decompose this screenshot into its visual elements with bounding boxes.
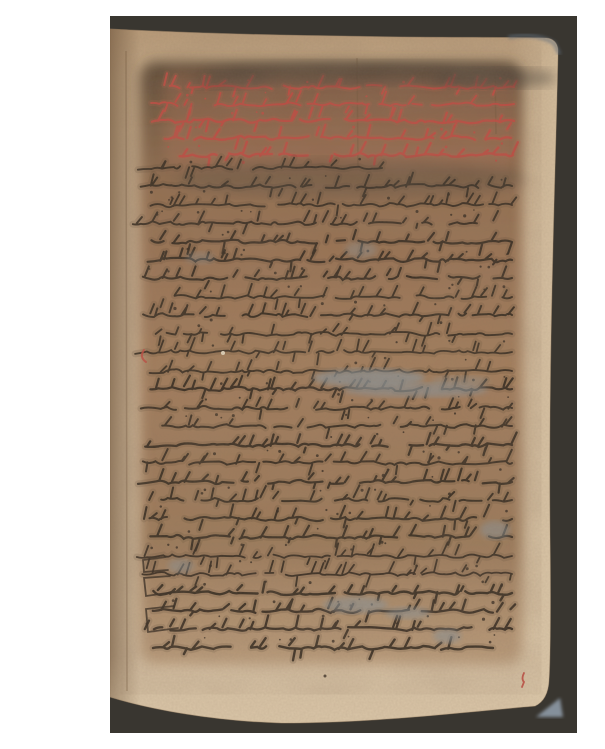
scan-viewer: Photograph of a Syriac manuscript page i… (40, 16, 605, 733)
manuscript-photo (110, 16, 577, 733)
manuscript-page-graphic (110, 16, 577, 733)
paper-grain-texture (110, 16, 560, 733)
page-surface (110, 16, 560, 733)
